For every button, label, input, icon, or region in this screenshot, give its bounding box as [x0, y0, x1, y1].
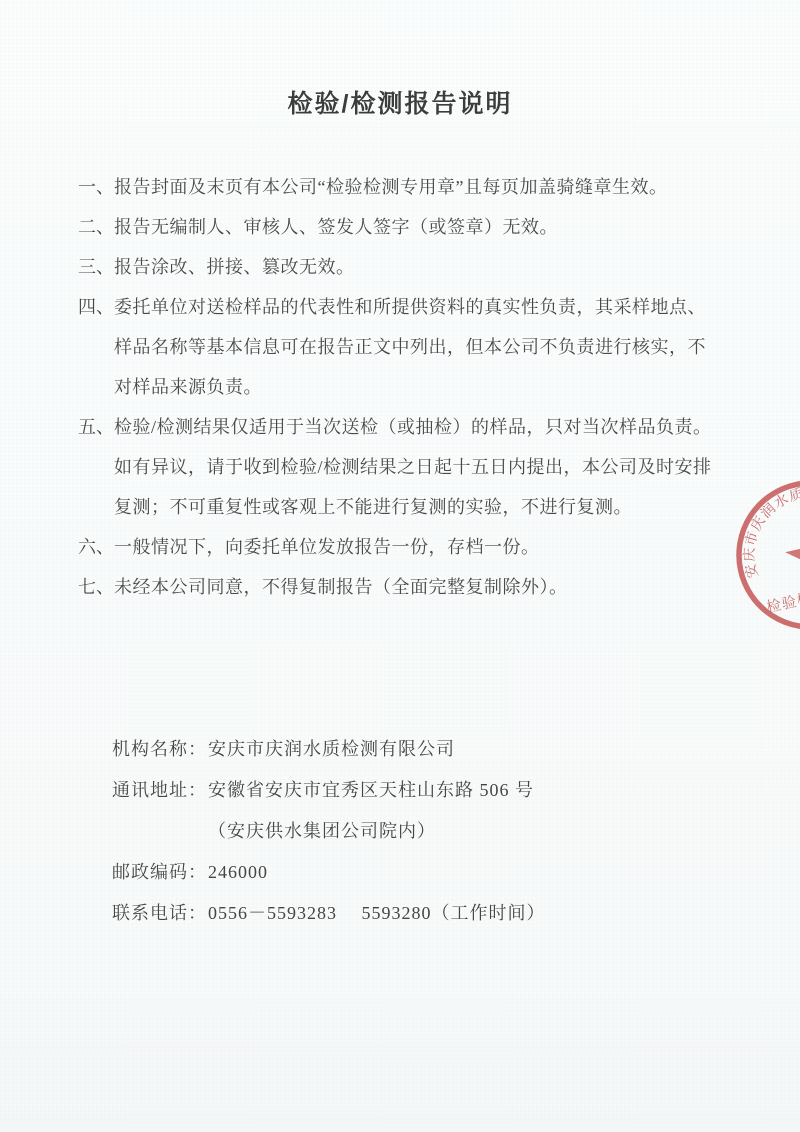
item-number: 六、	[78, 527, 114, 567]
item-number: 五、	[78, 407, 114, 447]
list-item: 三、 报告涂改、拼接、篡改无效。	[78, 247, 738, 287]
contact-row-postcode: 邮政编码： 246000	[112, 852, 546, 893]
contact-value: 0556－5593283 5593280（工作时间）	[208, 893, 546, 934]
stamp-ring	[726, 470, 800, 641]
item-number: 一、	[78, 167, 114, 207]
item-text: 一般情况下，向委托单位发放报告一份，存档一份。	[114, 527, 738, 567]
item-text: 报告涂改、拼接、篡改无效。	[114, 247, 738, 287]
item-number: 三、	[78, 247, 114, 287]
contact-label: 通讯地址：	[112, 770, 208, 811]
item-text-line: 报告无编制人、审核人、签发人签字（或签章）无效。	[114, 207, 738, 247]
item-number: 二、	[78, 207, 114, 247]
item-text: 报告封面及末页有本公司“检验检测专用章”且每页加盖骑缝章生效。	[114, 167, 738, 207]
item-text-line: 未经本公司同意，不得复制报告（全面完整复制除外）。	[114, 567, 738, 607]
item-text: 检验/检测结果仅适用于当次送检（或抽检）的样品，只对当次样品负责。 如有异议，请…	[114, 407, 738, 527]
contact-row-org-name: 机构名称： 安庆市庆润水质检测有限公司	[112, 729, 546, 770]
item-text-line: 检验/检测结果仅适用于当次送检（或抽检）的样品，只对当次样品负责。	[114, 407, 738, 447]
contact-value: 246000	[208, 852, 268, 893]
list-item: 一、 报告封面及末页有本公司“检验检测专用章”且每页加盖骑缝章生效。	[78, 167, 738, 207]
contact-value: 安徽省安庆市宜秀区天柱山东路 506 号	[208, 770, 534, 811]
item-text-line: 复测；不可重复性或客观上不能进行复测的实验，不进行复测。	[114, 487, 738, 527]
item-text-line: 报告封面及末页有本公司“检验检测专用章”且每页加盖骑缝章生效。	[114, 167, 738, 207]
notes-list: 一、 报告封面及末页有本公司“检验检测专用章”且每页加盖骑缝章生效。 二、 报告…	[78, 167, 738, 607]
contact-block: 机构名称： 安庆市庆润水质检测有限公司 通讯地址： 安徽省安庆市宜秀区天柱山东路…	[112, 729, 546, 934]
contact-label: 邮政编码：	[112, 852, 208, 893]
contact-value: 安庆市庆润水质检测有限公司	[208, 729, 455, 770]
company-seal-stamp-icon: 安庆市庆润水质检测有限公司 检验检测专用章	[700, 455, 800, 675]
contact-label	[112, 811, 208, 852]
item-text-line: 报告涂改、拼接、篡改无效。	[114, 247, 738, 287]
list-item: 四、 委托单位对送检样品的代表性和所提供资料的真实性负责，其采样地点、 样品名称…	[78, 287, 738, 407]
contact-label: 机构名称：	[112, 729, 208, 770]
item-text-line: 一般情况下，向委托单位发放报告一份，存档一份。	[114, 527, 738, 567]
item-text: 报告无编制人、审核人、签发人签字（或签章）无效。	[114, 207, 738, 247]
contact-row-phone: 联系电话： 0556－5593283 5593280（工作时间）	[112, 893, 546, 934]
list-item: 六、 一般情况下，向委托单位发放报告一份，存档一份。	[78, 527, 738, 567]
item-text-line: 委托单位对送检样品的代表性和所提供资料的真实性负责，其采样地点、	[114, 287, 738, 327]
item-number: 七、	[78, 567, 114, 607]
page-title: 检验/检测报告说明	[0, 84, 800, 120]
item-text: 未经本公司同意，不得复制报告（全面完整复制除外）。	[114, 567, 738, 607]
report-instructions-page: 检验/检测报告说明 一、 报告封面及末页有本公司“检验检测专用章”且每页加盖骑缝…	[0, 0, 800, 1132]
item-text: 委托单位对送检样品的代表性和所提供资料的真实性负责，其采样地点、 样品名称等基本…	[114, 287, 738, 407]
item-number: 四、	[78, 287, 114, 327]
list-item: 五、 检验/检测结果仅适用于当次送检（或抽检）的样品，只对当次样品负责。 如有异…	[78, 407, 738, 527]
list-item: 二、 报告无编制人、审核人、签发人签字（或签章）无效。	[78, 207, 738, 247]
item-text-line: 样品名称等基本信息可在报告正文中列出，但本公司不负责进行核实，不	[114, 327, 738, 367]
item-text-line: 如有异议，请于收到检验/检测结果之日起十五日内提出，本公司及时安排	[114, 447, 738, 487]
item-text-line: 对样品来源负责。	[114, 367, 738, 407]
contact-row-address: 通讯地址： 安徽省安庆市宜秀区天柱山东路 506 号	[112, 770, 546, 811]
contact-row-address-note: （安庆供水集团公司院内）	[112, 811, 546, 852]
contact-value: （安庆供水集团公司院内）	[208, 811, 436, 852]
stamp-bottom-text: 检验检测专用章	[765, 576, 800, 616]
list-item: 七、 未经本公司同意，不得复制报告（全面完整复制除外）。	[78, 567, 738, 607]
stamp-star-icon	[781, 524, 800, 580]
contact-label: 联系电话：	[112, 893, 208, 934]
